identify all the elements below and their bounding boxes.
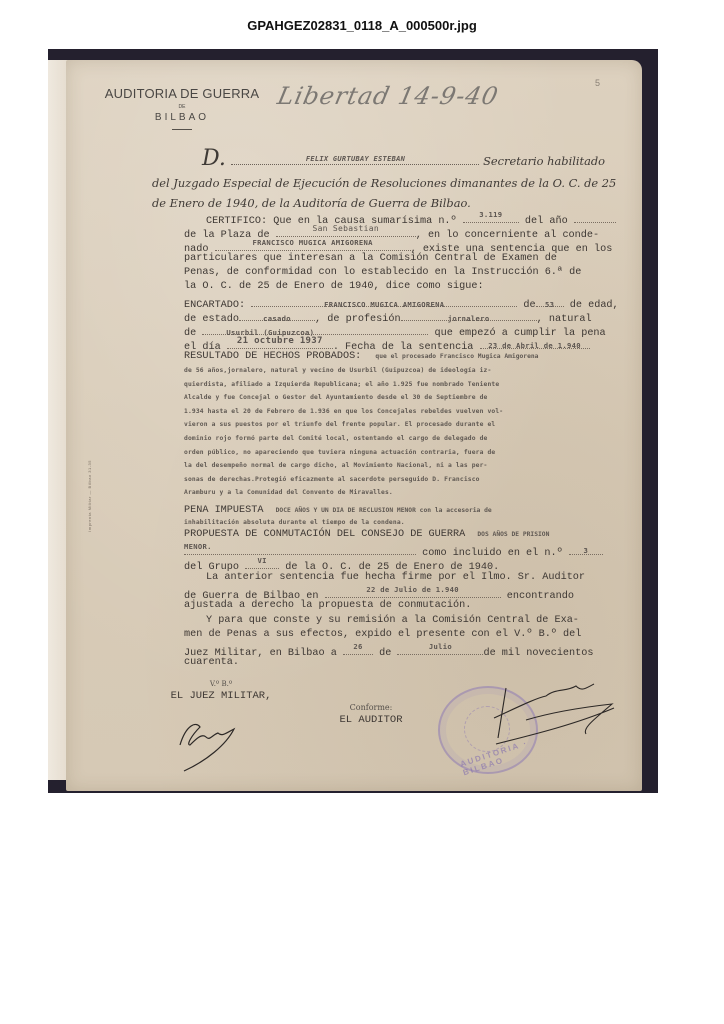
resultado-line: RESULTADO DE HECHOS PROBADOS: que el pro… xyxy=(184,350,662,364)
vb-label: V.º B.º xyxy=(166,680,276,688)
resultado-line: 1.934 hasta el 20 de Febrero de 1.936 en… xyxy=(184,405,662,419)
profesion-field: jornalero xyxy=(401,308,537,321)
mes-value: Julio xyxy=(397,640,483,654)
resultado-first: que el procesado Francisco Mugica Amigor… xyxy=(375,353,538,360)
secretary-name: FELIX GURTUBAY ESTEBAN xyxy=(231,155,479,163)
resultado-line: dominio rojo formó parte del Comité loca… xyxy=(184,432,662,446)
auditor-signature xyxy=(486,678,626,758)
handwritten-note: Libertad 14-9-40 xyxy=(275,82,501,110)
resultado-line: vieron a sus puestos por el triunfo del … xyxy=(184,418,662,432)
fecha-sentencia-field: 23 de Abril de 1.940 xyxy=(480,336,590,349)
letterhead-rule xyxy=(172,129,192,130)
juez-title: EL JUEZ MILITAR, xyxy=(166,690,276,702)
grupo-field: VI xyxy=(245,556,279,569)
letterhead-title: AUDITORIA DE GUERRA xyxy=(102,86,262,101)
dia-value: 26 xyxy=(343,640,373,654)
propuesta-value-b: MENOR. xyxy=(184,540,416,554)
juez-signature-block: V.º B.º EL JUEZ MILITAR, xyxy=(166,680,276,702)
secretary-role: Secretario habilitado xyxy=(483,154,605,168)
file-title: GPAHGEZ02831_0118_A_000500r.jpg xyxy=(0,18,724,33)
propuesta-field: MENOR. xyxy=(184,542,416,555)
preamble-line-3: de Enero de 1940, de la Auditoría de Gue… xyxy=(152,196,622,210)
certifico-line-5: Penas, de conformidad con lo establecido… xyxy=(184,266,662,280)
estado-field: casado xyxy=(239,308,315,321)
auditor-signature-block: Conforme: EL AUDITOR xyxy=(321,703,421,726)
resultado-line: de 56 años,jornalero, natural y vecino d… xyxy=(184,364,662,378)
resultado-line: quierdista, afiliado a Izquierda Republi… xyxy=(184,378,662,392)
document-page: AUDITORIA DE GUERRA DE BILBAO Libertad 1… xyxy=(66,60,642,791)
pena-label: PENA IMPUESTA xyxy=(184,505,263,516)
letterhead: AUDITORIA DE GUERRA DE BILBAO xyxy=(102,86,262,130)
d-label: D. xyxy=(202,146,226,171)
firme-line-3: ajustada a derecho la propuesta de conmu… xyxy=(184,599,662,613)
resultado-line: Alcalde y fue Concejal o Gestor del Ayun… xyxy=(184,391,662,405)
juez-signature xyxy=(176,715,266,775)
resultado-line: la del desempeño normal de cargo dicho, … xyxy=(184,459,662,473)
page-number: 5 xyxy=(595,78,600,88)
printer-side-mark: Imprenta Militar — Bilbao 31-35 xyxy=(87,460,92,532)
firme-fecha: 22 de Julio de 1.940 xyxy=(325,583,501,597)
condenado-field: FRANCISCO MUGICA AMIGORENA xyxy=(215,238,411,251)
resultado-line: sonas de derechas.Protegió eficazmente a… xyxy=(184,473,662,487)
resultado-label: RESULTADO DE HECHOS PROBADOS: xyxy=(184,351,361,362)
propuesta-label: PROPUESTA DE CONMUTACIÓN DEL CONSEJO DE … xyxy=(184,529,465,540)
firme-fecha-field: 22 de Julio de 1.940 xyxy=(325,585,501,598)
encartado-field: FRANCISCO MUGICA AMIGORENA xyxy=(251,294,517,307)
dia-field: 26 xyxy=(343,642,373,655)
resultado-line: orden público, no apareciendo que tuvier… xyxy=(184,446,662,460)
resultado-line: Aramburu y a la Comunidad del Convento d… xyxy=(184,486,662,500)
preamble-line-2: del Juzgado Especial de Ejecución de Res… xyxy=(152,176,622,190)
causa-number: 3.119 xyxy=(463,208,519,222)
cierre-line-1: Y para que conste y su remisión a la Com… xyxy=(206,614,684,628)
certifico-line-6: la O. C. de 25 de Enero de 1940, dice co… xyxy=(184,280,662,294)
propuesta-value-a: DOS AÑOS DE PRISION xyxy=(477,531,549,538)
plaza-value: San Sebastian xyxy=(276,222,416,236)
age-field: 53 xyxy=(536,294,564,307)
fecha-inicio-field: 21 octubre 1937 xyxy=(227,336,333,349)
letterhead-de: DE xyxy=(102,104,262,110)
cierre-line-4: cuarenta. xyxy=(184,656,662,670)
auditor-title: EL AUDITOR xyxy=(321,714,421,726)
preamble-line-1: D. FELIX GURTUBAY ESTEBAN Secretario hab… xyxy=(202,146,612,171)
letterhead-city: BILBAO xyxy=(102,112,262,123)
fecha-inicio-value: 21 octubre 1937 xyxy=(227,334,333,348)
secretary-field: FELIX GURTUBAY ESTEBAN xyxy=(231,152,479,165)
conforme-label: Conforme: xyxy=(321,703,421,712)
numero-field: 3 xyxy=(569,542,603,555)
condenado-name: FRANCISCO MUGICA AMIGORENA xyxy=(215,236,411,250)
causa-number-field: 3.119 xyxy=(463,210,519,223)
grupo-value: VI xyxy=(245,554,279,568)
ano-field xyxy=(574,210,616,223)
pena-line-1: DOCE AÑOS Y UN DIA DE RECLUSION MENOR co… xyxy=(276,507,492,514)
mes-field: Julio xyxy=(397,642,483,655)
certifico-line-4: particulares que interesan a la Comisión… xyxy=(184,252,662,266)
